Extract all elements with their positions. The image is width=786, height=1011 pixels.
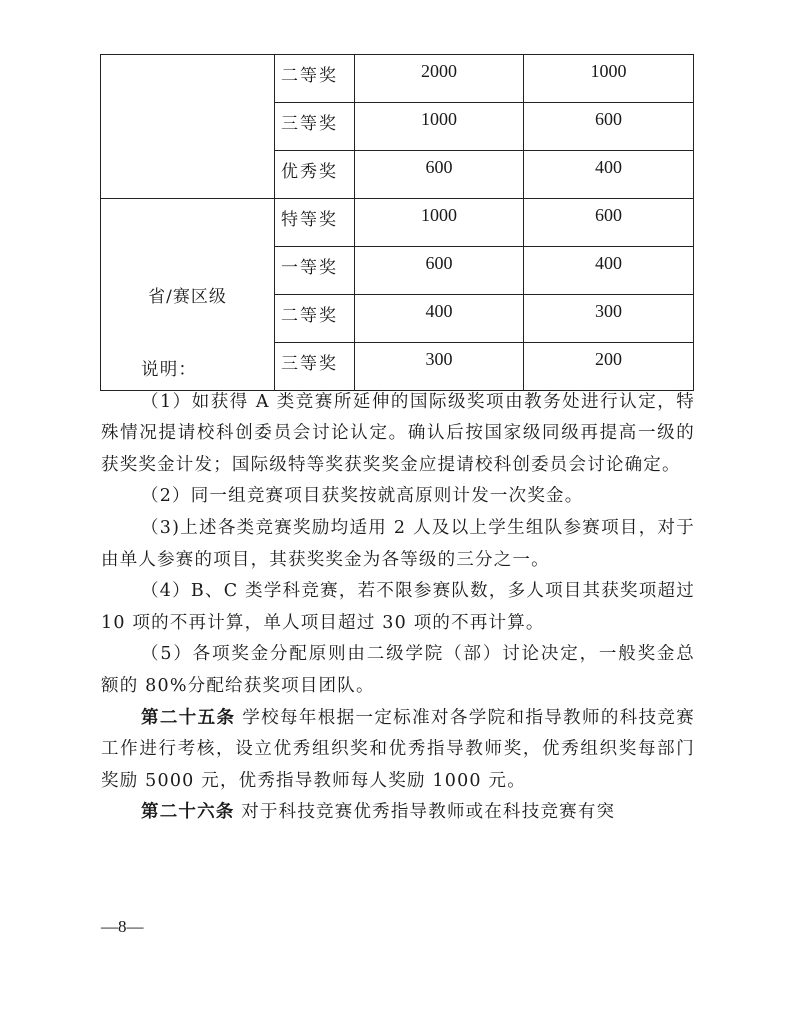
note-item: （5）各项奖金分配原则由二级学院（部）讨论决定，一般奖金总额的 80%分配给获奖… xyxy=(101,639,695,702)
grade-cell: 特等奖 xyxy=(275,199,355,247)
note-item: （4）B、C 类学科竞赛，若不限参赛队数，多人项目其获奖项超过 10 项的不再计… xyxy=(101,576,695,639)
amount-cell: 400 xyxy=(355,295,524,343)
table-row: 省/赛区级 特等奖 1000 600 xyxy=(101,199,694,247)
note-item: （2）同一组竞赛项目获奖按就高原则计发一次奖金。 xyxy=(101,481,695,513)
amount-cell: 600 xyxy=(355,247,524,295)
article-26: 第二十六条 对于科技竞赛优秀指导教师或在科技竞赛有突 xyxy=(101,797,695,829)
amount-cell: 1000 xyxy=(355,199,524,247)
page-number: —8— xyxy=(101,917,144,937)
table-row: 二等奖 2000 1000 xyxy=(101,55,694,103)
note-item: （1）如获得 A 类竞赛所延伸的国际级奖项由教务处进行认定，特殊情况提请校科创委… xyxy=(101,387,695,482)
amount-cell: 600 xyxy=(355,151,524,199)
grade-cell: 一等奖 xyxy=(275,247,355,295)
amount-cell: 300 xyxy=(524,295,694,343)
award-amount-table: 二等奖 2000 1000 三等奖 1000 600 优秀奖 600 400 省… xyxy=(100,54,694,391)
grade-cell: 三等奖 xyxy=(275,103,355,151)
grade-cell: 二等奖 xyxy=(275,55,355,103)
amount-cell: 2000 xyxy=(355,55,524,103)
amount-cell: 1000 xyxy=(524,55,694,103)
article-body: 对于科技竞赛优秀指导教师或在科技竞赛有突 xyxy=(235,802,616,822)
amount-cell: 600 xyxy=(524,103,694,151)
amount-cell: 400 xyxy=(524,151,694,199)
grade-cell: 优秀奖 xyxy=(275,151,355,199)
amount-cell: 400 xyxy=(524,247,694,295)
amount-cell: 1000 xyxy=(355,103,524,151)
note-item: （3)上述各类竞赛奖励均适用 2 人及以上学生组队参赛项目，对于由单人参赛的项目… xyxy=(101,513,695,576)
grade-cell: 二等奖 xyxy=(275,295,355,343)
amount-cell: 600 xyxy=(524,199,694,247)
notes-label: 说明： xyxy=(101,355,695,387)
article-title: 第二十六条 xyxy=(141,802,235,822)
article-title: 第二十五条 xyxy=(141,708,235,728)
notes-section: 说明： （1）如获得 A 类竞赛所延伸的国际级奖项由教务处进行认定，特殊情况提请… xyxy=(101,355,695,829)
article-25: 第二十五条 学校每年根据一定标准对各学院和指导教师的科技竞赛工作进行考核，设立优… xyxy=(101,703,695,798)
level-cell xyxy=(101,55,275,199)
